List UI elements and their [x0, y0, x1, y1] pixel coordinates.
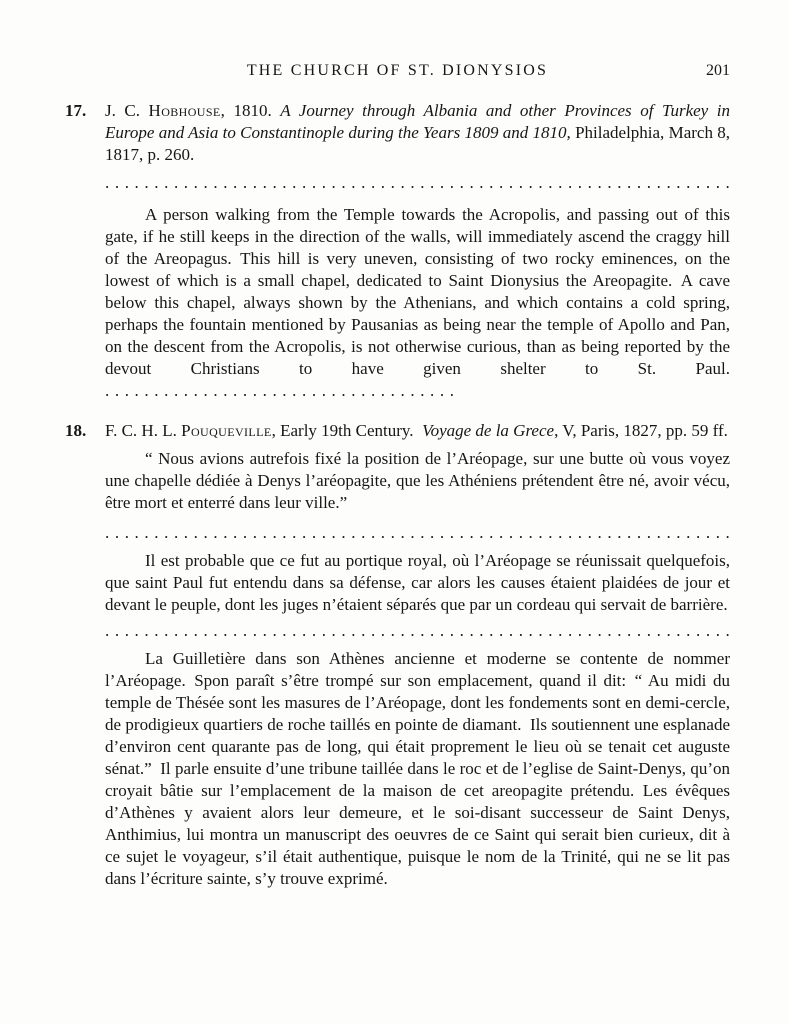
- page-header: THE CHURCH OF ST. DIONYSIOS 201: [65, 60, 730, 82]
- citation-work-title: Voyage de la Grece: [422, 421, 554, 440]
- quote-paragraph: “ Nous avions autrefois fixé la position…: [105, 448, 730, 514]
- entry-number-17: 17.: [65, 100, 86, 122]
- excerpt-text: A person walking from the Temple towards…: [105, 205, 730, 378]
- entry-17: 17.J. C. Hobhouse, 1810. A Journey throu…: [65, 100, 730, 402]
- ellipsis-separator: ........................................…: [105, 620, 730, 642]
- citation-17: 17.J. C. Hobhouse, 1810. A Journey throu…: [105, 100, 730, 166]
- citation-author: Hobhouse: [149, 101, 221, 120]
- page-number: 201: [706, 60, 730, 82]
- ellipsis-separator: ........................................…: [105, 522, 730, 544]
- citation-lead: J. C.: [105, 101, 149, 120]
- excerpt-paragraph-18a: Il est probable que ce fut au portique r…: [105, 550, 730, 616]
- citation-author: Pouqueville: [181, 421, 272, 440]
- citation-lead: F. C. H. L.: [105, 421, 181, 440]
- citation-18: 18.F. C. H. L. Pouqueville, Early 19th C…: [105, 420, 730, 442]
- citation-after-author: , Early 19th Century.: [272, 421, 422, 440]
- entry-number-18: 18.: [65, 420, 86, 442]
- excerpt-paragraph-18b: La Guilletière dans son Athènes ancienne…: [105, 648, 730, 890]
- ellipsis-separator: ........................................…: [105, 172, 730, 194]
- entry-18: 18.F. C. H. L. Pouqueville, Early 19th C…: [65, 420, 730, 890]
- running-title: THE CHURCH OF ST. DIONYSIOS: [65, 60, 730, 82]
- book-page: THE CHURCH OF ST. DIONYSIOS 201 17.J. C.…: [0, 0, 789, 1024]
- excerpt-paragraph-17: A person walking from the Temple towards…: [105, 204, 730, 402]
- ellipsis-trailing: ....................................: [105, 381, 460, 400]
- citation-imprint: , V, Paris, 1827, pp. 59 ff.: [554, 421, 728, 440]
- citation-after-author: , 1810.: [221, 101, 281, 120]
